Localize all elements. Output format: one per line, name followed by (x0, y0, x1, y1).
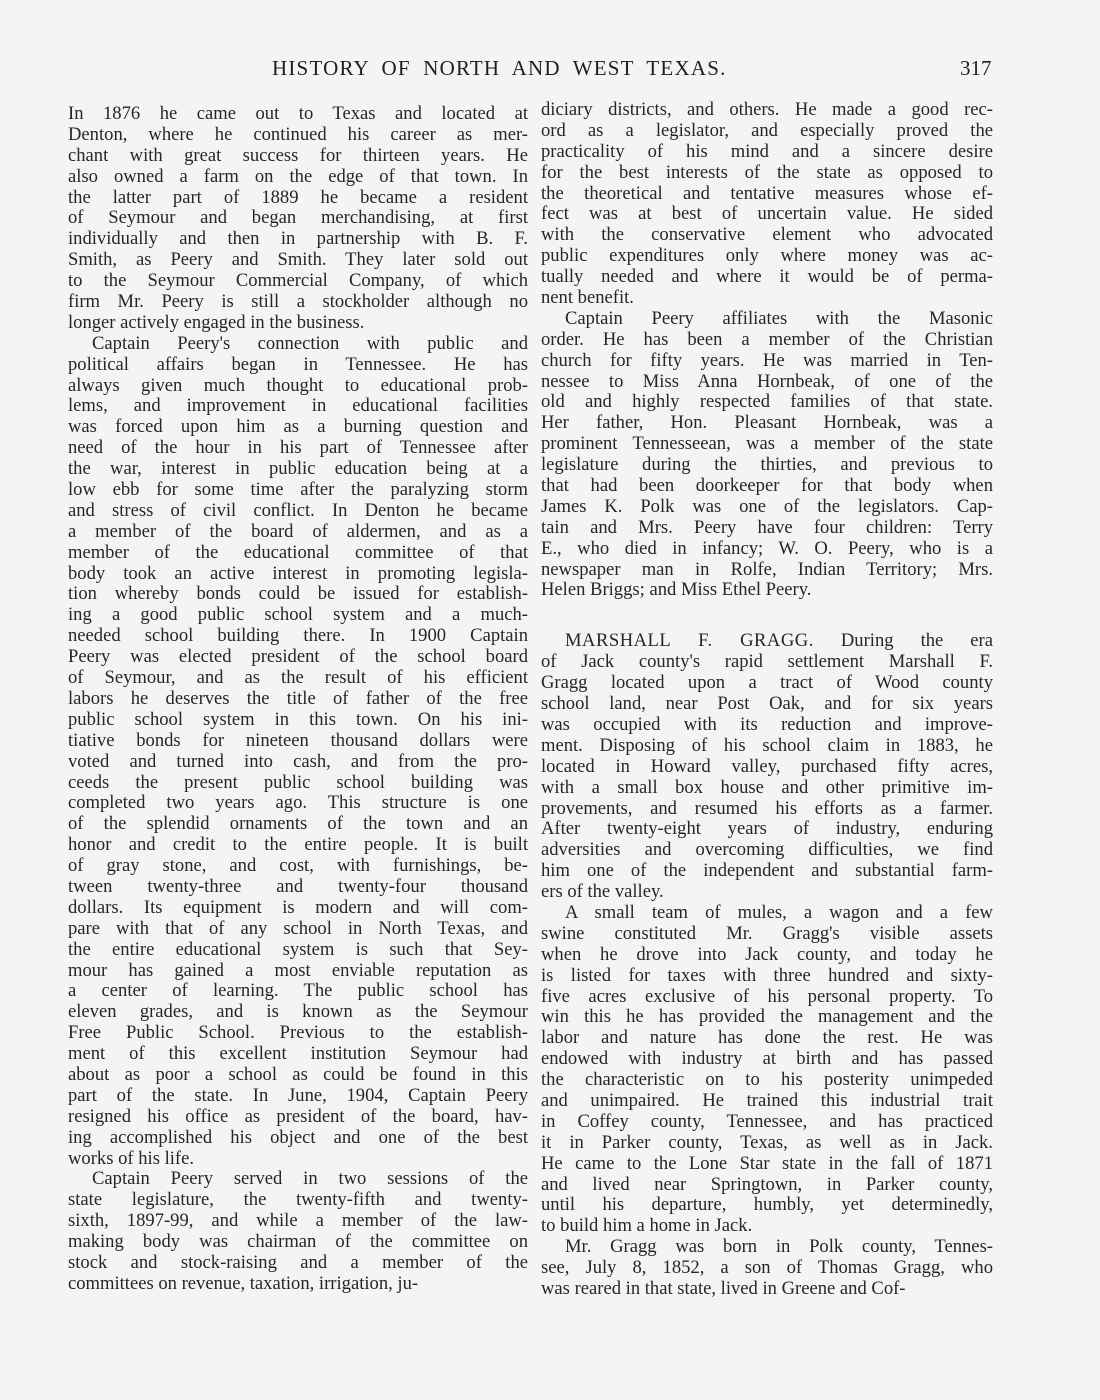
text-line: swine constituted Mr. Gragg's visible as… (541, 924, 993, 945)
paragraph: In 1876 he came out to Texas and located… (68, 104, 528, 334)
text-line: committees on revenue, taxation, irrigat… (68, 1274, 528, 1295)
text-line: member of the educational committee of t… (68, 543, 528, 564)
text-line: Helen Briggs; and Miss Ethel Peery. (541, 580, 993, 601)
text-line: Denton, where he continued his career as… (68, 125, 528, 146)
text-line: in Coffey county, Tennessee, and has pra… (541, 1112, 993, 1133)
text-line: about as poor a school as could be found… (68, 1065, 528, 1086)
text-line: completed two years ago. This structure … (68, 793, 528, 814)
text-line: honor and credit to the entire people. I… (68, 835, 528, 856)
text-line: with a small box house and other primiti… (541, 778, 993, 799)
text-line: to the Seymour Commercial Company, of wh… (68, 271, 528, 292)
paragraph: Captain Peery served in two sessions of … (68, 1169, 528, 1294)
text-line: always given much thought to educational… (68, 376, 528, 397)
text-line: the characteristic on to his posterity u… (541, 1070, 993, 1091)
text-line: MARSHALL F. GRAGG. During the era (541, 631, 993, 652)
text-line: located in Howard valley, purchased fift… (541, 757, 993, 778)
text-line: James K. Polk was one of the legislators… (541, 497, 993, 518)
text-line: Her father, Hon. Pleasant Hornbeak, was … (541, 413, 993, 434)
text-line: nessee to Miss Anna Hornbeak, of one of … (541, 372, 993, 393)
text-line: works of his life. (68, 1149, 528, 1170)
text-line: part of the state. In June, 1904, Captai… (68, 1086, 528, 1107)
text-line: labor and nature has done the rest. He w… (541, 1028, 993, 1049)
section-heading: MARSHALL F. GRAGG. (565, 631, 814, 651)
text-line: public expenditures only where money was… (541, 246, 993, 267)
text-line: Captain Peery served in two sessions of … (68, 1169, 528, 1190)
text-line: is listed for taxes with three hundred a… (541, 966, 993, 987)
text-line: the latter part of 1889 he became a resi… (68, 188, 528, 209)
text-line: also owned a farm on the edge of that to… (68, 167, 528, 188)
text-line: ers of the valley. (541, 882, 993, 903)
page-header: HISTORY OF NORTH AND WEST TEXAS. 317 (0, 56, 1100, 86)
text-line: Smith, as Peery and Smith. They later so… (68, 250, 528, 271)
text-line: win this he has provided the management … (541, 1007, 993, 1028)
text-line: stock and stock-raising and a member of … (68, 1253, 528, 1274)
text-line: of Seymour and began merchandising, at f… (68, 208, 528, 229)
text-line: E., who died in infancy; W. O. Peery, wh… (541, 539, 993, 560)
text-line: of Seymour, and as the result of his eff… (68, 668, 528, 689)
text-line: it in Parker county, Texas, as well as i… (541, 1133, 993, 1154)
text-line: old and highly respected families of tha… (541, 392, 993, 413)
text-line: of the splendid ornaments of the town an… (68, 814, 528, 835)
paragraph: A small team of mules, a wagon and a few… (541, 903, 993, 1237)
text-line: until his departure, humbly, yet determi… (541, 1195, 993, 1216)
text-line: tain and Mrs. Peery have four children: … (541, 518, 993, 539)
text-line: fect was at best of uncertain value. He … (541, 204, 993, 225)
page-number: 317 (960, 56, 992, 81)
text-line: needed school building there. In 1900 Ca… (68, 626, 528, 647)
paragraph: Captain Peery affiliates with the Masoni… (541, 309, 993, 601)
text-line: dollars. Its equipment is modern and wil… (68, 898, 528, 919)
text-line: the entire educational system is such th… (68, 940, 528, 961)
text-line: Peery was elected president of the schoo… (68, 647, 528, 668)
text-line: legislature during the thirties, and pre… (541, 455, 993, 476)
text-line: pare with that of any school in North Te… (68, 919, 528, 940)
text-line: ing accomplished his object and one of t… (68, 1128, 528, 1149)
text-line: labors he deserves the title of father o… (68, 689, 528, 710)
text-line: endowed with industry at birth and has p… (541, 1049, 993, 1070)
text-line: lems, and improvement in educational fac… (68, 396, 528, 417)
text-line: tween twenty-three and twenty-four thous… (68, 877, 528, 898)
text-line: of gray stone, and cost, with furnishing… (68, 856, 528, 877)
text-line: eleven grades, and is known as the Seymo… (68, 1002, 528, 1023)
right-column: diciary districts, and others. He made a… (541, 100, 993, 1300)
text-line: voted and turned into cash, and from the… (68, 752, 528, 773)
section-paragraph: MARSHALL F. GRAGG. During the eraof Jack… (541, 631, 993, 903)
text-line: longer actively engaged in the business. (68, 313, 528, 334)
text-line: and lived near Springtown, in Parker cou… (541, 1175, 993, 1196)
text-line: Free Public School. Previous to the esta… (68, 1023, 528, 1044)
book-page: HISTORY OF NORTH AND WEST TEXAS. 317 In … (0, 0, 1100, 1400)
running-title: HISTORY OF NORTH AND WEST TEXAS. (272, 56, 727, 81)
text-line: He came to the Lone Star state in the fa… (541, 1154, 993, 1175)
text-line: mour has gained a most enviable reputati… (68, 961, 528, 982)
text-line: tually needed and where it would be of p… (541, 267, 993, 288)
text-line: sixth, 1897-99, and while a member of th… (68, 1211, 528, 1232)
text-line: church for fifty years. He was married i… (541, 351, 993, 372)
text-line: that had been doorkeeper for that body w… (541, 476, 993, 497)
text-line: five acres exclusive of his personal pro… (541, 987, 993, 1008)
text-line: prominent Tennesseean, was a member of t… (541, 434, 993, 455)
text-line: body took an active interest in promotin… (68, 564, 528, 585)
text-line: Gragg located upon a tract of Wood count… (541, 673, 993, 694)
text-line: ment. Disposing of his school claim in 1… (541, 736, 993, 757)
text-line: Captain Peery affiliates with the Masoni… (541, 309, 993, 330)
text-line: tiative bonds for nineteen thousand doll… (68, 731, 528, 752)
text-line: A small team of mules, a wagon and a few (541, 903, 993, 924)
paragraph: Captain Peery's connection with public a… (68, 334, 528, 1170)
text-line: provements, and resumed his efforts as a… (541, 799, 993, 820)
text-line: was occupied with its reduction and impr… (541, 715, 993, 736)
text-line: state legislature, the twenty-fifth and … (68, 1190, 528, 1211)
text-line: order. He has been a member of the Chris… (541, 330, 993, 351)
text-line: to build him a home in Jack. (541, 1216, 993, 1237)
text-line: and stress of civil conflict. In Denton … (68, 501, 528, 522)
text-line: the war, interest in public education be… (68, 459, 528, 480)
text-line: low ebb for some time after the paralyzi… (68, 480, 528, 501)
text-line: adversities and overcoming difficulties,… (541, 840, 993, 861)
text-line: see, July 8, 1852, a son of Thomas Gragg… (541, 1258, 993, 1279)
text-line: when he drove into Jack county, and toda… (541, 945, 993, 966)
text-line: making body was chairman of the committe… (68, 1232, 528, 1253)
text-line: Mr. Gragg was born in Polk county, Tenne… (541, 1237, 993, 1258)
text-line: nent benefit. (541, 288, 993, 309)
text-line: chant with great success for thirteen ye… (68, 146, 528, 167)
text-line: After twenty-eight years of industry, en… (541, 819, 993, 840)
text-line: practicality of his mind and a sincere d… (541, 142, 993, 163)
section-gap (541, 601, 993, 631)
text-line: for the best interests of the state as o… (541, 163, 993, 184)
text-line: In 1876 he came out to Texas and located… (68, 104, 528, 125)
text-line: resigned his office as president of the … (68, 1107, 528, 1128)
text-line: school land, near Post Oak, and for six … (541, 694, 993, 715)
text-line: a member of the board of aldermen, and a… (68, 522, 528, 543)
paragraph: diciary districts, and others. He made a… (541, 100, 993, 309)
text-line: a center of learning. The public school … (68, 981, 528, 1002)
text-line: with the conservative element who advoca… (541, 225, 993, 246)
left-column: In 1876 he came out to Texas and located… (68, 104, 528, 1295)
text-line: ord as a legislator, and especially prov… (541, 121, 993, 142)
text-line: the theoretical and tentative measures w… (541, 184, 993, 205)
text-line: ing a good public school system and a mu… (68, 605, 528, 626)
text-line: him one of the independent and substanti… (541, 861, 993, 882)
text-line: individually and then in partnership wit… (68, 229, 528, 250)
text-line: ment of this excellent institution Seymo… (68, 1044, 528, 1065)
text-line: was forced upon him as a burning questio… (68, 417, 528, 438)
text-line: and unimpaired. He trained this industri… (541, 1091, 993, 1112)
text-line: ceeds the present public school building… (68, 773, 528, 794)
text-line: tion whereby bonds could be issued for e… (68, 584, 528, 605)
text-line: firm Mr. Peery is still a stockholder al… (68, 292, 528, 313)
text-line: public school system in this town. On hi… (68, 710, 528, 731)
text-line: political affairs began in Tennessee. He… (68, 355, 528, 376)
text-line: need of the hour in his part of Tennesse… (68, 438, 528, 459)
text-line: of Jack county's rapid settlement Marsha… (541, 652, 993, 673)
paragraph: Mr. Gragg was born in Polk county, Tenne… (541, 1237, 993, 1300)
text-line: diciary districts, and others. He made a… (541, 100, 993, 121)
text-line: was reared in that state, lived in Green… (541, 1279, 993, 1300)
text-line: newspaper man in Rolfe, Indian Territory… (541, 560, 993, 581)
text-line: Captain Peery's connection with public a… (68, 334, 528, 355)
